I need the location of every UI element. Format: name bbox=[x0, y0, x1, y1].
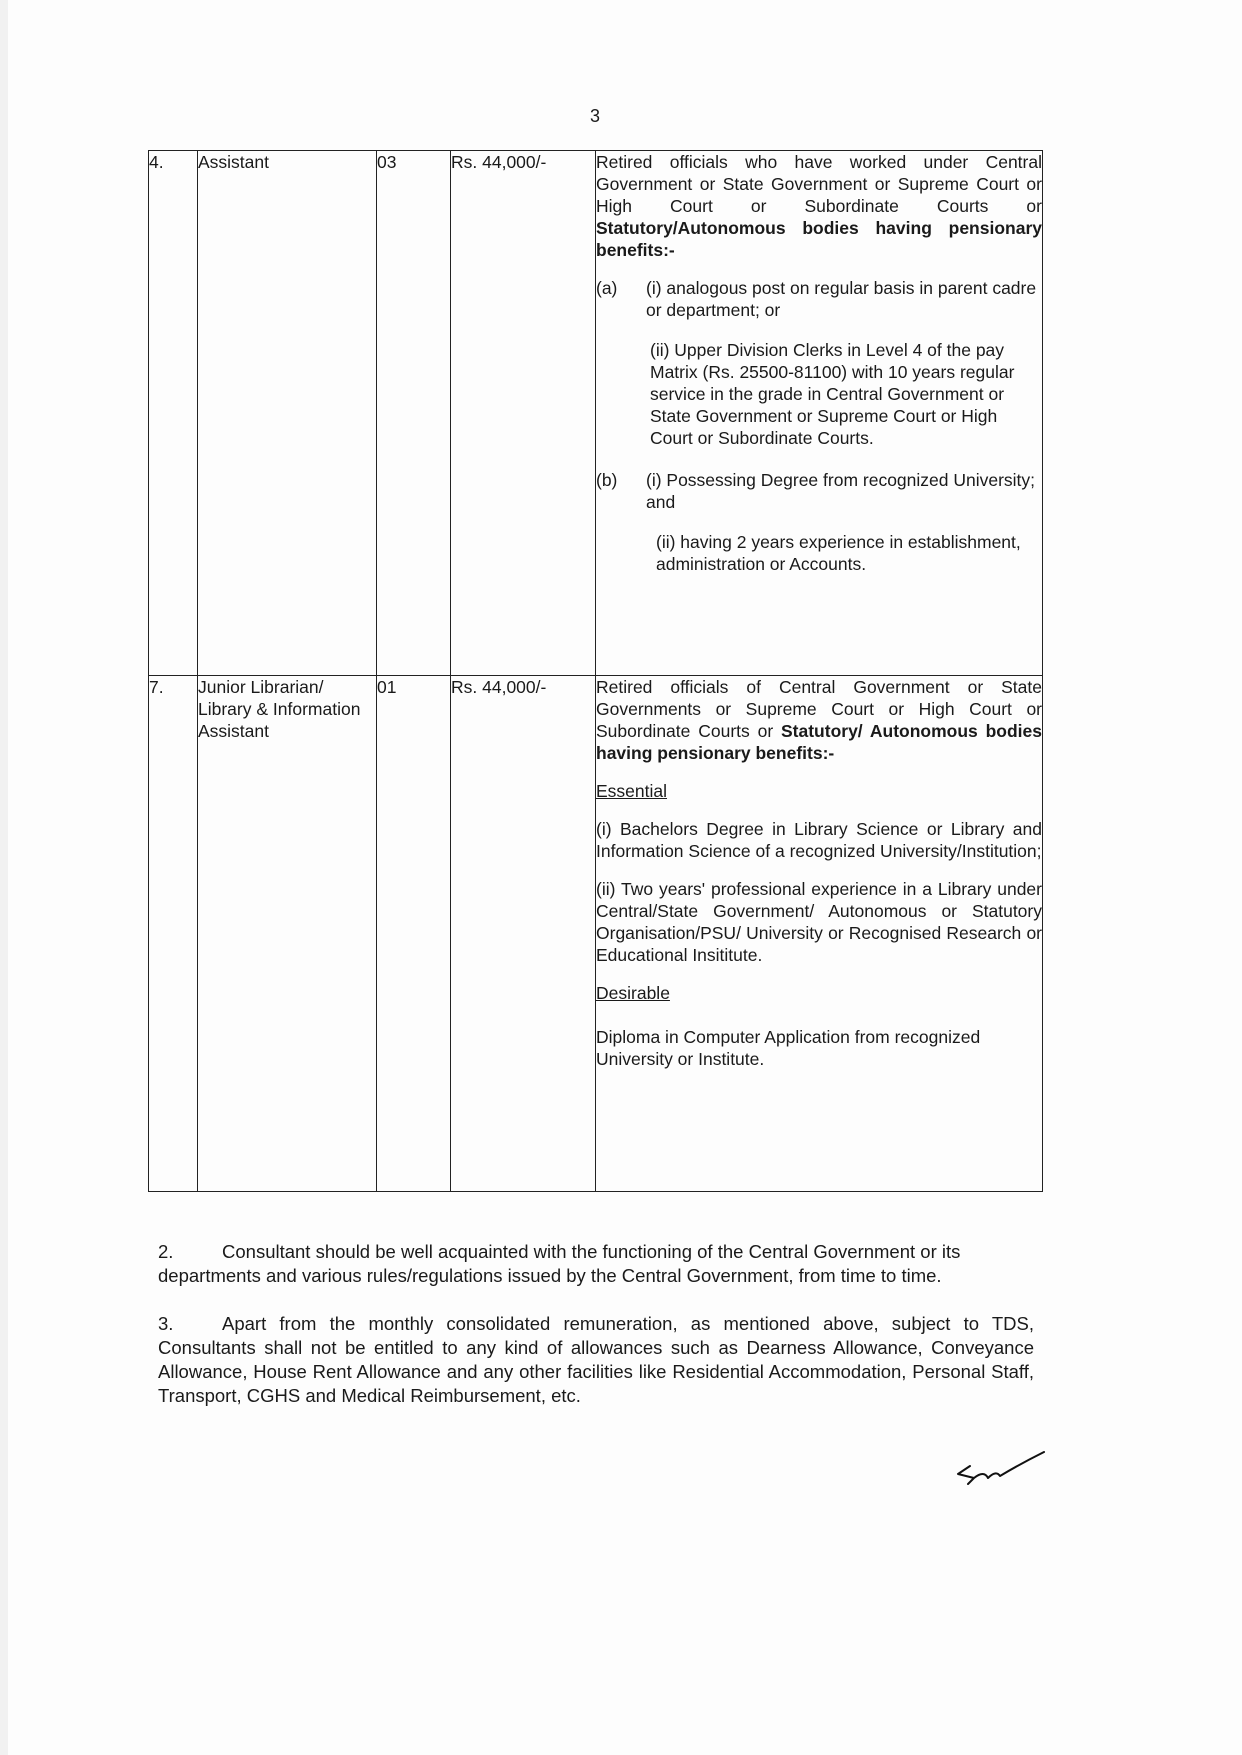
desirable-text: Diploma in Computer Application from rec… bbox=[596, 1026, 1042, 1070]
paragraph-number: 3. bbox=[158, 1312, 222, 1336]
criterion-a-ii: (ii) Upper Division Clerks in Level 4 of… bbox=[650, 339, 1042, 449]
page-number: 3 bbox=[0, 106, 1190, 127]
desirable-heading: Desirable bbox=[596, 982, 1042, 1004]
table-row: 4. Assistant 03 Rs. 44,000/- Retired off… bbox=[149, 151, 1043, 676]
remuneration: Rs. 44,000/- bbox=[451, 151, 596, 676]
criterion-a-label: (a) bbox=[596, 277, 646, 321]
essential-item-ii: (ii) Two years' professional experience … bbox=[596, 878, 1042, 966]
criterion-a-i: (i) analogous post on regular basis in p… bbox=[646, 277, 1042, 321]
serial-number: 4. bbox=[149, 151, 198, 676]
criterion-a: (a) (i) analogous post on regular basis … bbox=[596, 277, 1042, 321]
intro-bold-text: Statutory/Autonomous bodies having pensi… bbox=[596, 218, 1042, 260]
criterion-b-i: (i) Possessing Degree from recognized Un… bbox=[646, 469, 1042, 513]
paragraph-3: 3.Apart from the monthly consolidated re… bbox=[158, 1312, 1034, 1408]
table-row: 7. Junior Librarian/ Library & Informati… bbox=[149, 676, 1043, 1192]
eligibility-criteria: Retired officials who have worked under … bbox=[596, 151, 1043, 676]
post-name: Assistant bbox=[198, 151, 377, 676]
eligibility-intro: Retired officials of Central Government … bbox=[596, 676, 1042, 764]
signature-icon bbox=[940, 1448, 1050, 1498]
posts-table: 4. Assistant 03 Rs. 44,000/- Retired off… bbox=[148, 150, 1043, 1192]
essential-heading: Essential bbox=[596, 780, 1042, 802]
paragraph-text: Apart from the monthly consolidated remu… bbox=[158, 1313, 1034, 1406]
eligibility-criteria: Retired officials of Central Government … bbox=[596, 676, 1043, 1192]
serial-number: 7. bbox=[149, 676, 198, 1192]
paragraph-2: 2.Consultant should be well acquainted w… bbox=[158, 1240, 1034, 1288]
paragraph-text: Consultant should be well acquainted wit… bbox=[158, 1241, 960, 1286]
intro-text: Retired officials who have worked under … bbox=[596, 152, 1042, 216]
eligibility-intro: Retired officials who have worked under … bbox=[596, 151, 1042, 261]
number-of-posts: 01 bbox=[377, 676, 451, 1192]
scan-edge-shadow bbox=[0, 0, 8, 1755]
criterion-b-label: (b) bbox=[596, 469, 646, 513]
post-name: Junior Librarian/ Library & Information … bbox=[198, 676, 377, 1192]
criterion-b: (b) (i) Possessing Degree from recognize… bbox=[596, 469, 1042, 513]
paragraph-number: 2. bbox=[158, 1240, 222, 1264]
number-of-posts: 03 bbox=[377, 151, 451, 676]
remuneration: Rs. 44,000/- bbox=[451, 676, 596, 1192]
essential-item-i: (i) Bachelors Degree in Library Science … bbox=[596, 818, 1042, 862]
criterion-b-ii: (ii) having 2 years experience in establ… bbox=[656, 531, 1042, 575]
